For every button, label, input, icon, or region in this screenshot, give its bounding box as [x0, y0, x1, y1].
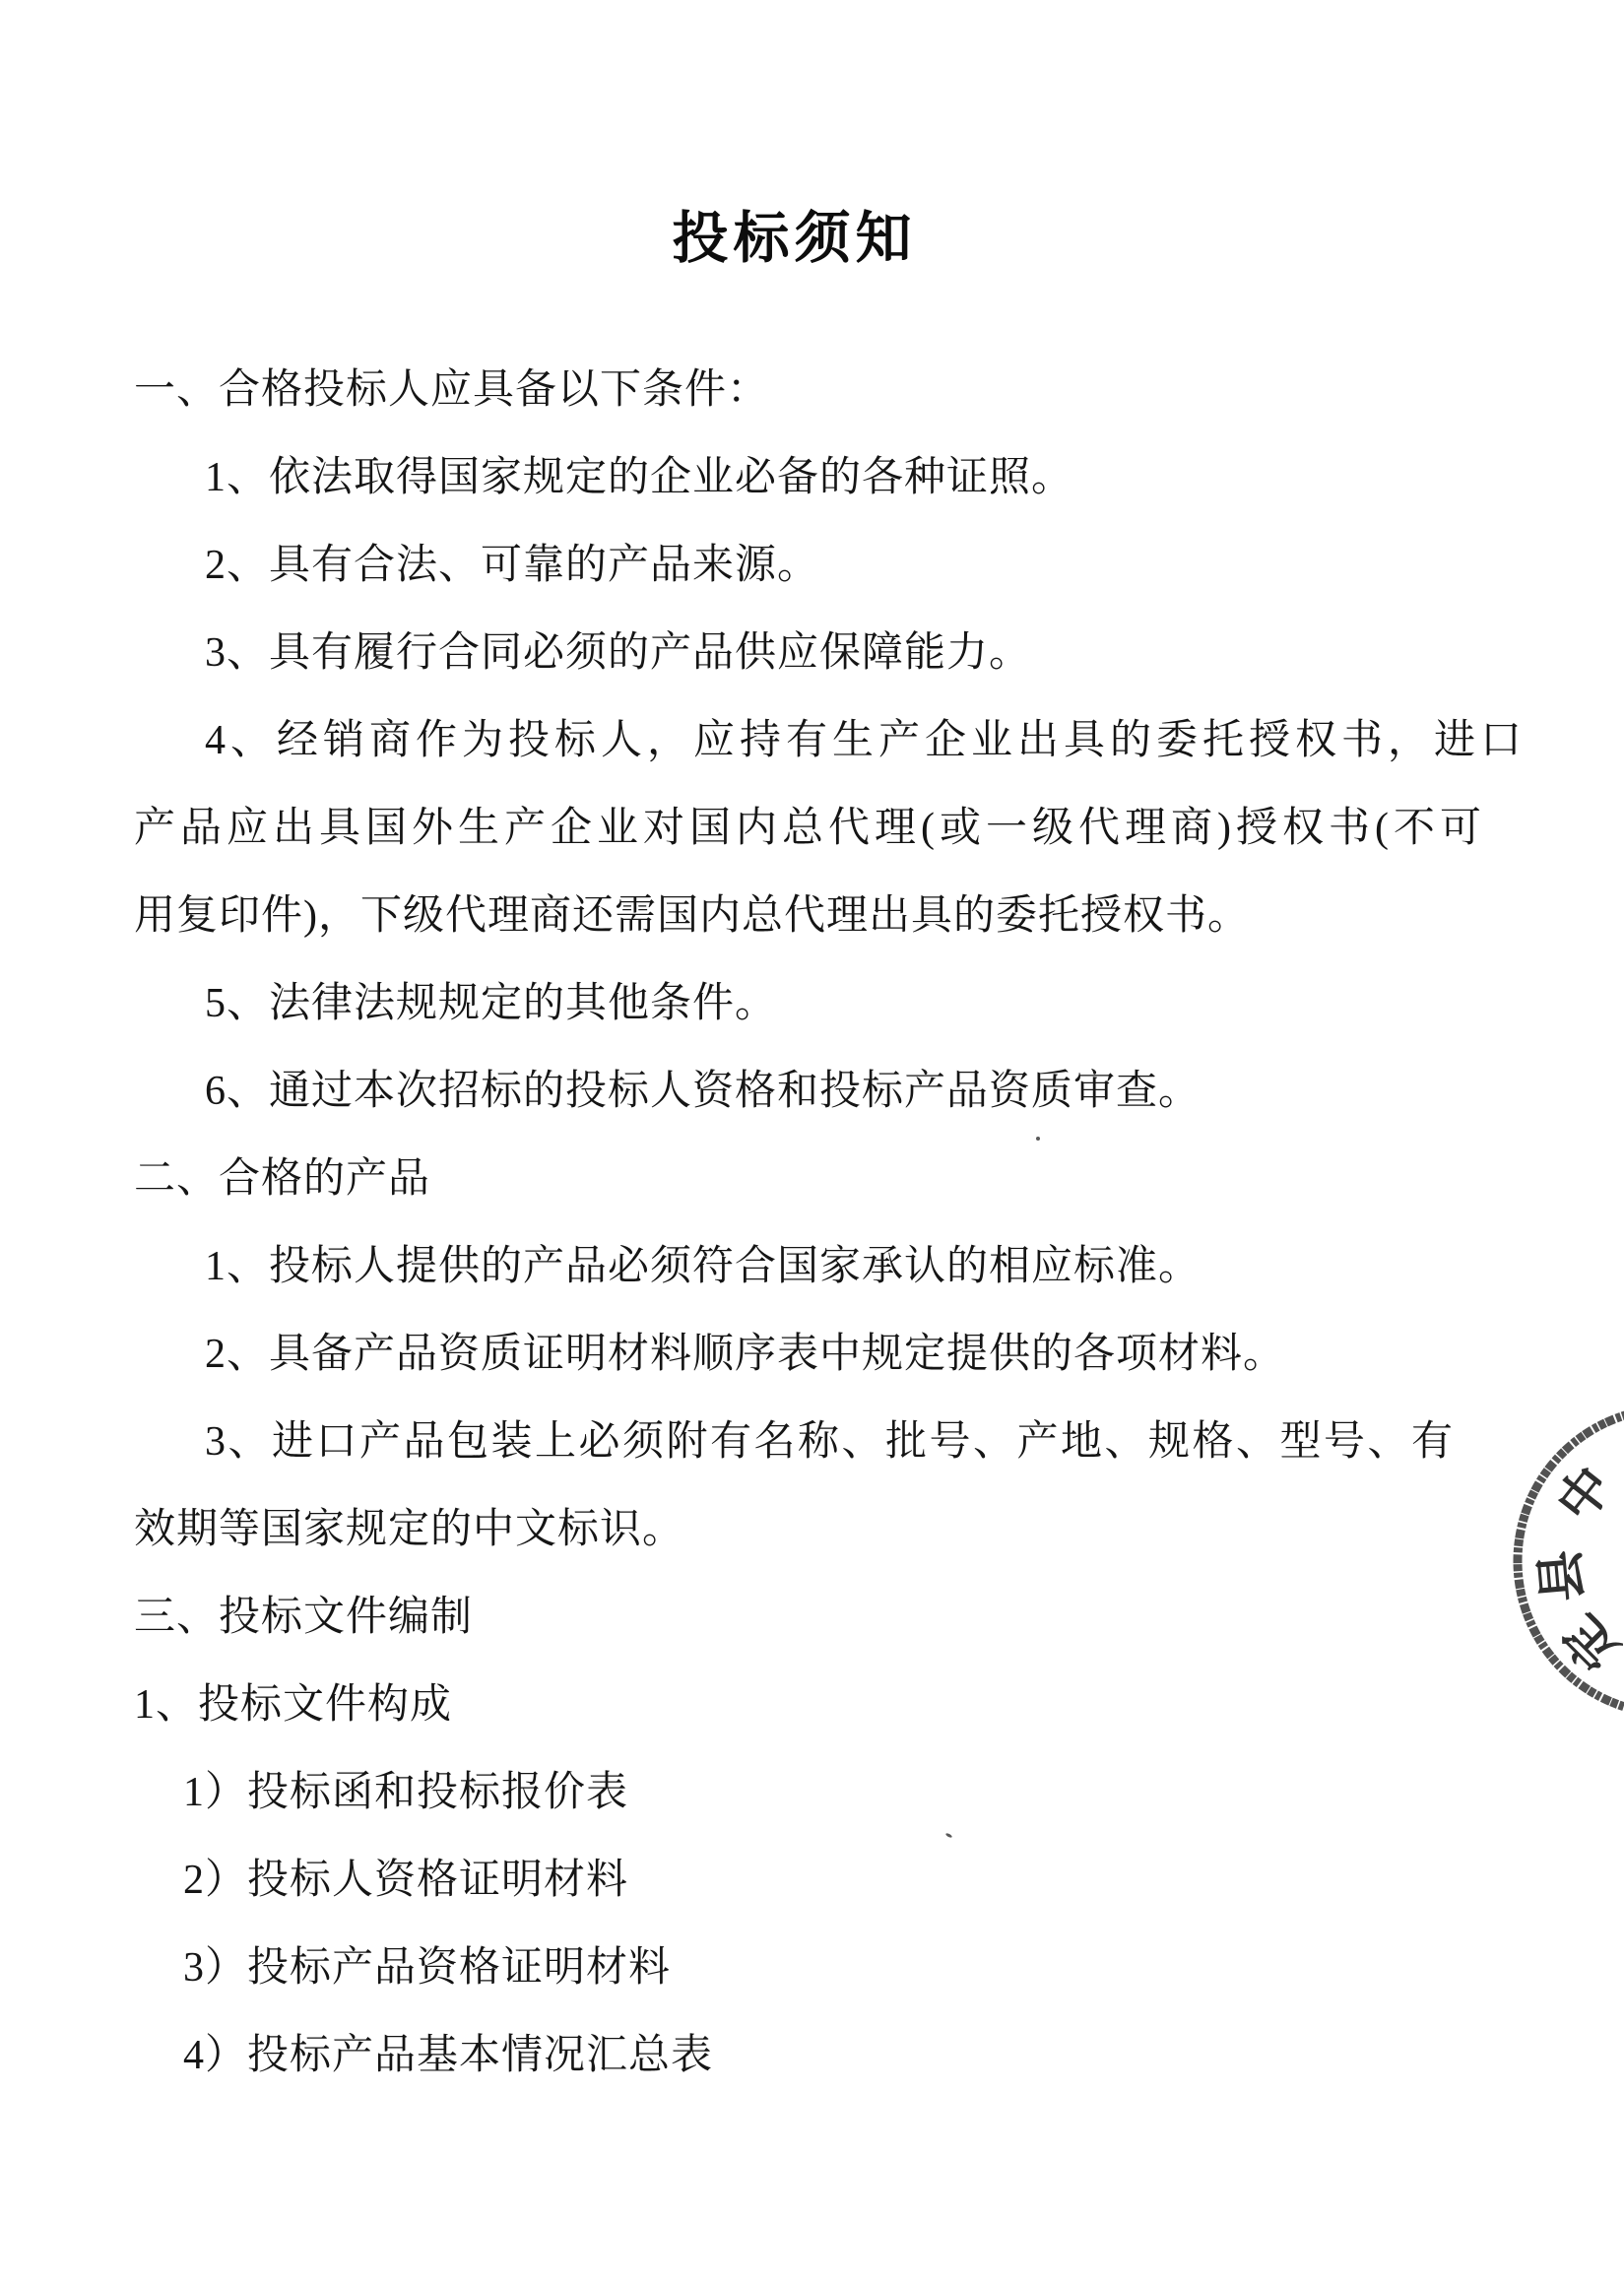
document-line: 效期等国家规定的中文标识。 [0, 1486, 1624, 1574]
document-line: 二、合格的产品 [0, 1136, 1624, 1223]
document-line: 1）投标函和投标报价表 [0, 1749, 1624, 1837]
document-line: 三、投标文件编制 [0, 1574, 1624, 1662]
document-line: 产品应出具国外生产企业对国内总代理(或一级代理商)授权书(不可 [0, 785, 1624, 873]
document-line: 1、投标人提供的产品必须符合国家承认的相应标准。 [0, 1223, 1624, 1311]
document-line: 5、法律法规规定的其他条件。 [0, 960, 1624, 1048]
document-line: 1、依法取得国家规定的企业必备的各种证照。 [0, 434, 1624, 522]
document-line: 4、经销商作为投标人，应持有生产企业出具的委托授权书，进口 [0, 697, 1624, 785]
document-line: 2、具备产品资质证明材料顺序表中规定提供的各项材料。 [0, 1311, 1624, 1399]
document-line: 1、投标文件构成 [0, 1662, 1624, 1749]
document-line: 2、具有合法、可靠的产品来源。 [0, 522, 1624, 610]
ink-speck [1036, 1137, 1040, 1141]
document-title: 投标须知 [0, 193, 1606, 274]
document-line: 4）投标产品基本情况汇总表 [0, 2012, 1624, 2100]
document-body: 一、合格投标人应具备以下条件： 1、依法取得国家规定的企业必备的各种证照。 2、… [0, 347, 1624, 2100]
document-line: 用复印件)，下级代理商还需国内总代理出具的委托授权书。 [0, 873, 1624, 960]
document-page: 投标须知 一、合格投标人应具备以下条件： 1、依法取得国家规定的企业必备的各种证… [0, 0, 1624, 2288]
document-line: 一、合格投标人应具备以下条件： [0, 347, 1624, 434]
document-line: 2）投标人资格证明材料 [0, 1837, 1624, 1925]
document-line: 3、具有履行合同必须的产品供应保障能力。 [0, 610, 1624, 697]
document-line: 3、进口产品包装上必须附有名称、批号、产地、规格、型号、有 [0, 1399, 1624, 1486]
document-line: 6、通过本次招标的投标人资格和投标产品资质审查。 [0, 1048, 1624, 1136]
document-line: 3）投标产品资格证明材料 [0, 1925, 1624, 2012]
